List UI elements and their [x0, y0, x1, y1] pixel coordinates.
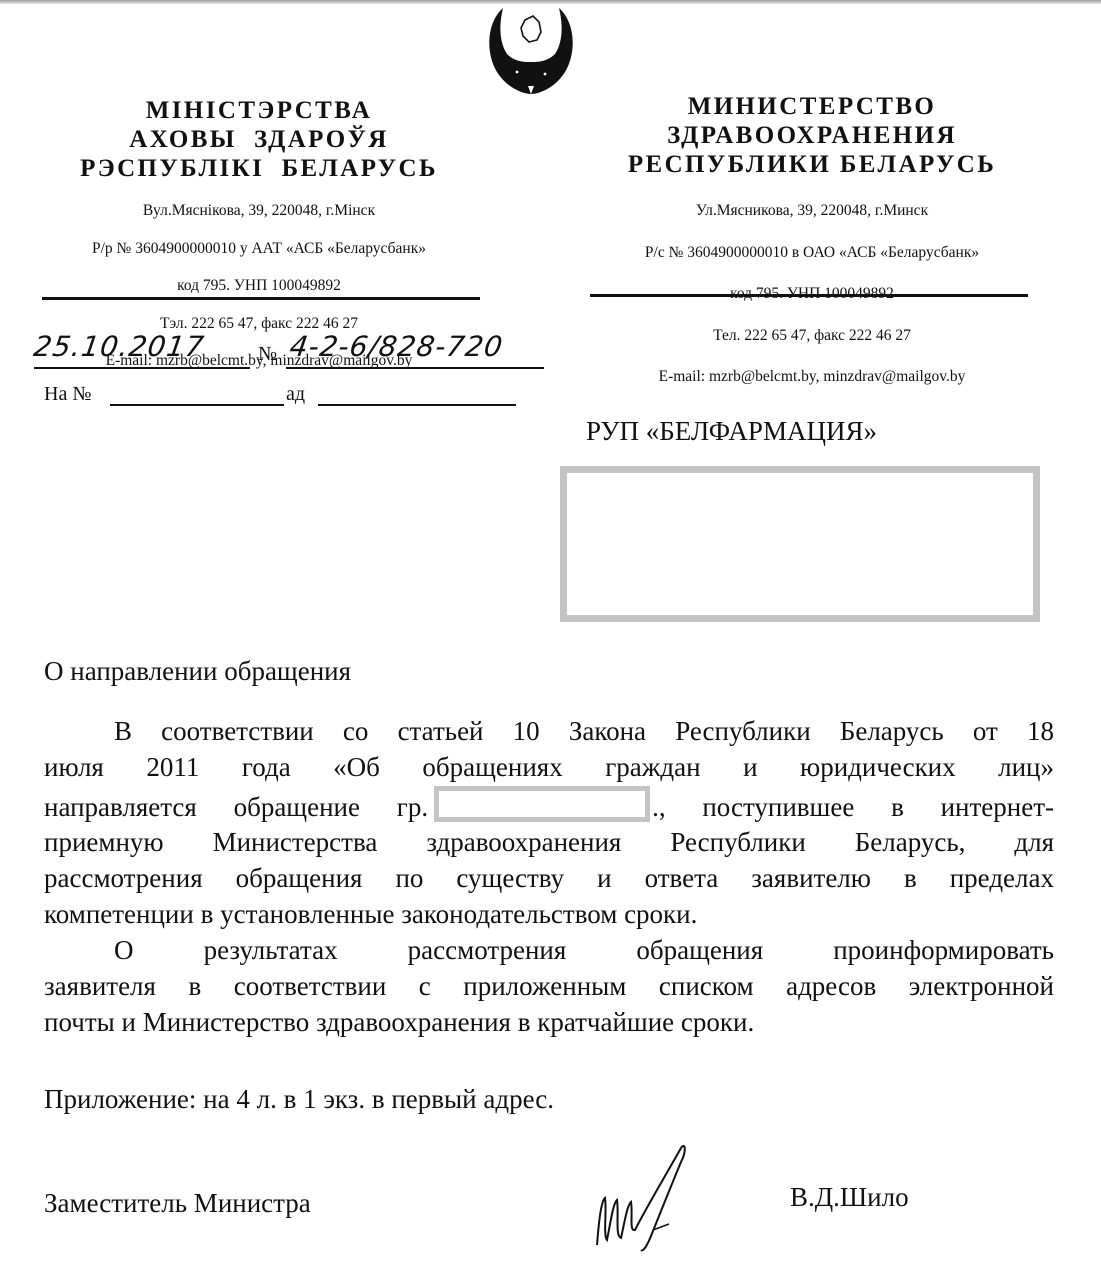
body-line: В соответствии со статьей 10 Закона Респ…: [44, 714, 1054, 750]
address-be: Вул.Мяснікова, 39, 220048, г.Мінск: [44, 201, 474, 221]
phone-ru: Тел. 222 65 47, факс 222 46 27: [596, 326, 1028, 346]
body-text: ., поступившее в интернет-: [652, 792, 1054, 822]
number-label: №: [258, 343, 277, 366]
reference-date-line: [318, 404, 516, 406]
body-line: июля 2011 года «Об обращениях граждан и …: [44, 750, 1054, 786]
letterhead-russian: МИНИСТЕРСТВО ЗДРАВООХРАНЕНИЯ РЕСПУБЛИКИ …: [596, 0, 1028, 387]
recipient-address-redacted: [560, 466, 1040, 622]
codes-be: код 795. УНП 100049892: [44, 276, 474, 296]
reference-from-label: ад: [286, 383, 305, 406]
email-ru: E-mail: mzrb@belcmt.by, minzdrav@mailgov…: [596, 367, 1028, 387]
letter-subject: О направлении обращения: [44, 654, 351, 690]
org-name-ru: МИНИСТЕРСТВО ЗДРАВООХРАНЕНИЯ РЕСПУБЛИКИ …: [596, 92, 1028, 179]
body-line: рассмотрения обращения по существу и отв…: [44, 861, 1054, 897]
body-paragraph-2: О результатах рассмотрения обращения про…: [44, 933, 1054, 1040]
handwritten-signature-icon: [585, 1140, 695, 1255]
bank-account-ru: Р/с № 3604900000010 в ОАО «АСБ «Беларусб…: [596, 243, 1028, 263]
letterhead-rule-left: [42, 297, 480, 300]
citizen-name-redacted: [434, 786, 650, 822]
number-underline: [286, 367, 544, 369]
letterhead-belarusian: МІНІСТЭРСТВА АХОВЫ ЗДАРОЎЯ РЭСПУБЛІКІ БЕ…: [44, 0, 474, 371]
handwritten-number: 4-2-6/828-720: [288, 330, 506, 363]
body-line: заявителя в соответствии с приложенным с…: [44, 969, 1054, 1005]
body-line: приемную Министерства здравоохранения Ре…: [44, 825, 1054, 861]
body-paragraph-1: В соответствии со статьей 10 Закона Респ…: [44, 714, 1054, 933]
annex-note: Приложение: на 4 л. в 1 экз. в первый ад…: [44, 1082, 554, 1118]
org-name-be: МІНІСТЭРСТВА АХОВЫ ЗДАРОЎЯ РЭСПУБЛІКІ БЕ…: [44, 96, 474, 183]
body-line: почты и Министерство здравоохранения в к…: [44, 1005, 1054, 1041]
body-line: компетенции в установленные законодатель…: [44, 897, 1054, 933]
date-underline: [34, 367, 250, 369]
reference-label: На №: [44, 383, 91, 406]
signer-position: Заместитель Министра: [44, 1186, 311, 1222]
bank-account-be: Р/р № 3604900000010 у ААТ «АСБ «Беларусб…: [44, 239, 474, 259]
letterhead-rule-right: [590, 294, 1028, 297]
body-text: направляется обращение гр.: [44, 792, 428, 822]
signer-name: В.Д.Шило: [790, 1180, 909, 1216]
body-line: О результатах рассмотрения обращения про…: [44, 933, 1054, 969]
address-ru: Ул.Мясникова, 39, 220048, г.Минск: [596, 201, 1028, 221]
recipient-name: РУП «БЕЛФАРМАЦИЯ»: [586, 414, 877, 450]
reference-number-line: [110, 404, 284, 406]
body-line-with-redaction: направляется обращение гр.., поступившее…: [44, 786, 1054, 826]
handwritten-date: 25.10.2017: [32, 330, 207, 363]
coat-of-arms-icon: [481, 2, 581, 98]
